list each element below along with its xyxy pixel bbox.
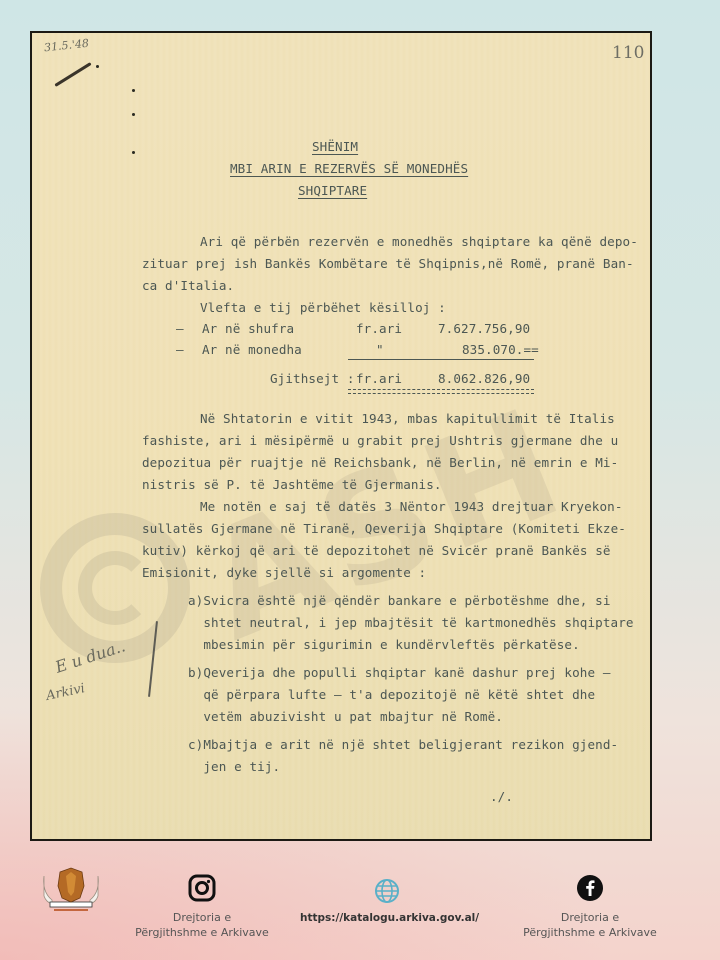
archival-document: ASH 31.5.'48 110 E u dua.. Arkivi SHËNIM… — [30, 31, 652, 841]
value-amount: 7.627.756,90 — [438, 321, 530, 336]
point-c-line: c)Mbajtja e arit në një shtet beligjeran… — [188, 737, 618, 752]
paragraph-line: Në Shtatorin e vitit 1943, mbas kapitull… — [200, 411, 615, 426]
paragraph-line: sullatës Gjermane në Tiranë, Qeverija Sh… — [142, 521, 626, 536]
facebook-label-line-2: Përgjithshme e Arkivave — [510, 925, 670, 940]
paragraph-line: Me notën e saj të datës 3 Nëntor 1943 dr… — [200, 499, 623, 514]
facebook-icon — [576, 874, 604, 902]
point-b-line: që përpara lufte — t'a depozitojë në kët… — [188, 687, 595, 702]
document-title-line-3: SHQIPTARE — [298, 183, 367, 198]
total-double-rule — [348, 389, 534, 394]
instagram-label-line-1: Drejtoria e — [122, 910, 282, 925]
paragraph-line: Emisionit, dyke sjellë si argomente : — [142, 565, 426, 580]
intro-line: zituar prej ish Bankës Kombëtare të Shqi… — [142, 256, 634, 271]
point-b-line: vetëm abuzivisht u pat mbajtur në Romë. — [188, 709, 503, 724]
document-title-line-1: SHËNIM — [312, 139, 358, 154]
paragraph-line: nistris së P. të Jashtëme të Gjermanis. — [142, 477, 442, 492]
facebook-link[interactable]: Drejtoria e Përgjithshme e Arkivave — [510, 874, 670, 940]
total-amount: 8.062.826,90 — [438, 371, 530, 386]
punch-dot — [132, 151, 135, 154]
value-unit: fr.ari — [356, 321, 402, 336]
total-label: Gjithsejt : — [270, 371, 355, 386]
total-unit: fr.ari — [356, 371, 402, 386]
intro-line: ca d'Italia. — [142, 278, 234, 293]
punch-dot — [96, 65, 99, 68]
point-a-line: shtet neutral, i jep mbajtësit të kartmo… — [188, 615, 634, 630]
point-c-line: jen e tij. — [188, 759, 280, 774]
paragraph-line: fashiste, ari i mësipërmë u grabit prej … — [142, 433, 618, 448]
globe-icon — [374, 878, 400, 904]
intro-line: Ari që përbën rezervën e monedhës shqipt… — [200, 234, 638, 249]
facebook-label-line-1: Drejtoria e — [510, 910, 670, 925]
document-title-line-2: MBI ARIN E REZERVËS SË MONEDHËS — [230, 161, 468, 176]
instagram-icon — [188, 874, 216, 902]
paragraph-line: depozitua për ruajtje në Reichsbank, në … — [142, 455, 618, 470]
instagram-link[interactable]: Drejtoria e Përgjithshme e Arkivave — [122, 874, 282, 940]
value-amount: 835.070.== — [462, 342, 539, 357]
value-dash: — — [176, 342, 184, 357]
punch-dot — [132, 113, 135, 116]
ink-mark — [54, 62, 91, 87]
handwritten-margin-note-2: Arkivi — [45, 681, 86, 704]
copyright-watermark-c — [78, 551, 152, 625]
point-b-line: b)Qeverija dhe populli shqiptar kanë das… — [188, 665, 611, 680]
website-link[interactable]: https://katalogu.arkiva.gov.al/ — [300, 878, 474, 926]
archive-logo — [40, 866, 102, 912]
point-a-line: a)Svicra është një qëndër bankare e përb… — [188, 593, 611, 608]
point-a-line: mbesimin për sigurimin e kundërvleftës p… — [188, 637, 580, 652]
handwritten-page-number: 110 — [612, 43, 644, 63]
value-unit: " — [376, 342, 384, 357]
handwritten-date: 31.5.'48 — [43, 37, 89, 55]
value-intro: Vlefta e tij përbëhet kësilloj : — [200, 300, 446, 315]
website-url[interactable]: https://katalogu.arkiva.gov.al/ — [300, 911, 474, 926]
punch-dot — [132, 89, 135, 92]
albanian-eagle-emblem-icon — [40, 866, 102, 912]
value-dash: — — [176, 321, 184, 336]
paragraph-line: kutiv) kërkoj që ari të depozitohet në S… — [142, 543, 611, 558]
sum-rule — [348, 359, 534, 360]
end-mark: ./. — [490, 789, 513, 804]
value-label: Ar në monedha — [202, 342, 302, 357]
value-label: Ar në shufra — [202, 321, 294, 336]
instagram-label-line-2: Përgjithshme e Arkivave — [122, 925, 282, 940]
